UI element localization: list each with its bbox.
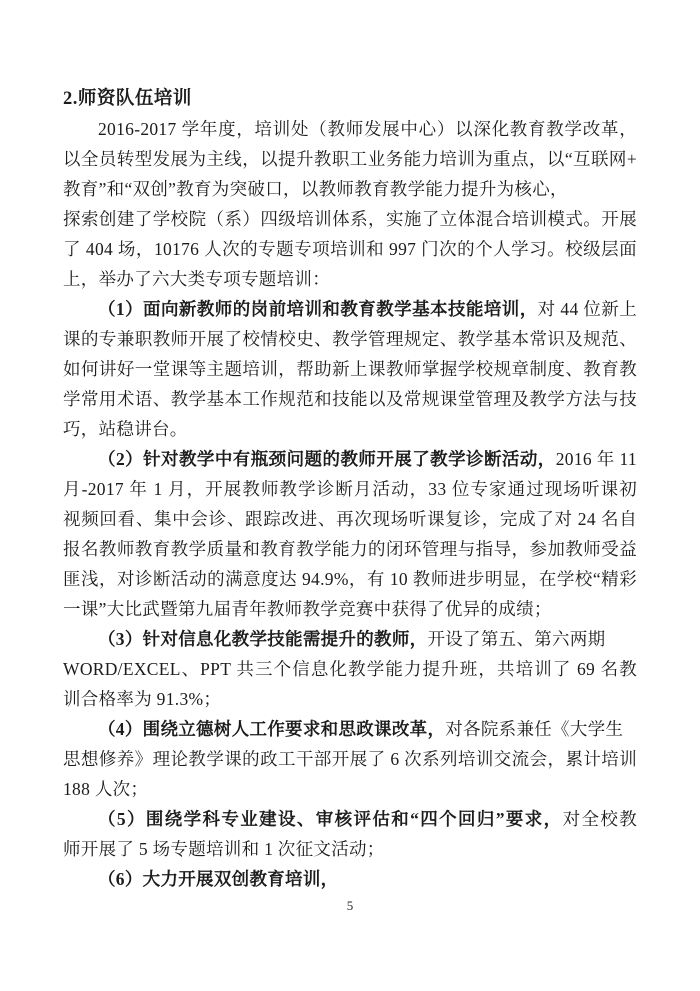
text-line: （6）大力开展双创教育培训，向全校教师推送了《创新创业新趋势》 (63, 864, 637, 894)
text-segment: 对 44 位新上 (538, 299, 637, 319)
text-segment: 2016-2017 学年度，培训处（教师发展中心）以深化教育教学改革， (98, 119, 637, 139)
text-line: （1）面向新教师的岗前培训和教育教学基本技能培训，对 44 位新上 (63, 294, 637, 324)
text-segment: 2.师资队伍培训 (63, 89, 192, 109)
text-line: 学常用术语、教学基本工作规范和技能以及常规课堂管理及教学方法与技 (63, 384, 637, 414)
text-segment: 师开展了 5 场专题培训和 1 次征文活动； (63, 839, 385, 859)
text-segment: 视频回看、集中会诊、跟踪改进、再次现场听课复诊，完成了对 24 名自愿 (63, 509, 637, 534)
text-line: 思想修养》理论教学课的政工干部开展了 6 次系列培训交流会，累计培训 (63, 744, 637, 774)
text-segment: 上，举办了六大类专项专题培训： (63, 269, 330, 289)
text-line: 2016-2017 学年度，培训处（教师发展中心）以深化教育教学改革， (63, 114, 637, 144)
text-segment: （4）围绕立德树人工作要求和思政课改革， (98, 719, 445, 739)
text-segment: WORD/EXCEL、PPT 共三个信息化教学能力提升班，共培训了 69 名教师… (63, 659, 637, 684)
text-segment: （6）大力开展双创教育培训， (98, 869, 338, 889)
text-segment: 2016 年 11 (556, 449, 637, 469)
text-line: 视频回看、集中会诊、跟踪改进、再次现场听课复诊，完成了对 24 名自愿 (63, 504, 637, 534)
text-line: 课的专兼职教师开展了校情校史、教学管理规定、教学基本常识及规范、 (63, 324, 637, 354)
text-segment: 月-2017 年 1 月，开展教师教学诊断月活动，33 位专家通过现场听课初诊、 (63, 479, 637, 504)
text-segment: 巧，站稳讲台。 (63, 419, 188, 439)
text-segment: （1）面向新教师的岗前培训和教育教学基本技能培训， (98, 299, 538, 319)
text-line: 教育”和“双创”教育为突破口，以教师教育教学能力提升为核心， (63, 174, 637, 204)
text-segment: （2）针对教学中有瓶颈问题的教师开展了教学诊断活动， (98, 449, 556, 469)
text-segment: 报名教师教育教学质量和教育教学能力的闭环管理与指导，参加教师受益 (63, 539, 637, 559)
text-segment: （3）针对信息化教学技能需提升的教师， (98, 629, 427, 649)
document-content: 2.师资队伍培训2016-2017 学年度，培训处（教师发展中心）以深化教育教学… (63, 84, 637, 894)
text-line: 巧，站稳讲台。 (63, 414, 637, 444)
text-segment: 探索创建了学校院（系）四级培训体系，实施了立体混合培训模式。开展 (63, 209, 637, 229)
text-segment: 了 404 场，10176 人次的专题专项培训和 997 门次的个人学习。校级层… (63, 239, 637, 259)
text-line: （4）围绕立德树人工作要求和思政课改革，对各院系兼任《大学生 (63, 714, 637, 744)
text-line: 了 404 场，10176 人次的专题专项培训和 997 门次的个人学习。校级层… (63, 234, 637, 264)
document-heading: 2.师资队伍培训 (63, 84, 637, 114)
page-number: 5 (0, 896, 700, 916)
text-line: 188 人次； (63, 774, 637, 804)
text-segment: 开设了第五、第六两期 (427, 629, 605, 649)
text-line: 师开展了 5 场专题培训和 1 次征文活动； (63, 834, 637, 864)
text-segment: 一课”大比武暨第九届青年教师教学竞赛中获得了优异的成绩； (63, 599, 552, 619)
text-segment: 188 人次； (63, 779, 148, 799)
text-segment: 匪浅，对诊断活动的满意度达 94.9%，有 10 教师进步明显，在学校“精彩 (63, 569, 637, 589)
text-segment: 以全员转型发展为主线，以提升教职工业务能力培训为重点，以“互联网+ (63, 149, 637, 169)
text-line: 以全员转型发展为主线，以提升教职工业务能力培训为重点，以“互联网+ (63, 144, 637, 174)
text-line: 上，举办了六大类专项专题培训： (63, 264, 637, 294)
text-segment: 课的专兼职教师开展了校情校史、教学管理规定、教学基本常识及规范、 (63, 329, 637, 349)
text-segment: 对各院系兼任《大学生 (445, 719, 623, 739)
text-segment: 训合格率为 91.3%； (63, 689, 221, 709)
text-segment: 如何讲好一堂课等主题培训，帮助新上课教师掌握学校规章制度、教育教 (63, 359, 637, 379)
text-line: （2）针对教学中有瓶颈问题的教师开展了教学诊断活动，2016 年 11 (63, 444, 637, 474)
text-line: WORD/EXCEL、PPT 共三个信息化教学能力提升班，共培训了 69 名教师… (63, 654, 637, 684)
text-line: 月-2017 年 1 月，开展教师教学诊断月活动，33 位专家通过现场听课初诊、 (63, 474, 637, 504)
text-line: 训合格率为 91.3%； (63, 684, 637, 714)
text-segment: 学常用术语、教学基本工作规范和技能以及常规课堂管理及教学方法与技 (63, 389, 637, 409)
text-line: 探索创建了学校院（系）四级培训体系，实施了立体混合培训模式。开展 (63, 204, 637, 234)
text-line: 一课”大比武暨第九届青年教师教学竞赛中获得了优异的成绩； (63, 594, 637, 624)
text-line: （5）围绕学科专业建设、审核评估和“四个回归”要求，对全校教 (63, 804, 637, 834)
text-segment: （5）围绕学科专业建设、审核评估和“四个回归”要求， (98, 809, 563, 829)
text-segment: 思想修养》理论教学课的政工干部开展了 6 次系列培训交流会，累计培训 (63, 749, 637, 769)
text-line: 匪浅，对诊断活动的满意度达 94.9%，有 10 教师进步明显，在学校“精彩 (63, 564, 637, 594)
text-line: 报名教师教育教学质量和教育教学能力的闭环管理与指导，参加教师受益 (63, 534, 637, 564)
text-line: 如何讲好一堂课等主题培训，帮助新上课教师掌握学校规章制度、教育教 (63, 354, 637, 384)
text-segment: 对全校教 (563, 809, 637, 829)
document-page: 2.师资队伍培训2016-2017 学年度，培训处（教师发展中心）以深化教育教学… (0, 0, 700, 991)
text-line: （3）针对信息化教学技能需提升的教师，开设了第五、第六两期 (63, 624, 637, 654)
text-segment: 教育”和“双创”教育为突破口，以教师教育教学能力提升为核心， (63, 179, 568, 199)
